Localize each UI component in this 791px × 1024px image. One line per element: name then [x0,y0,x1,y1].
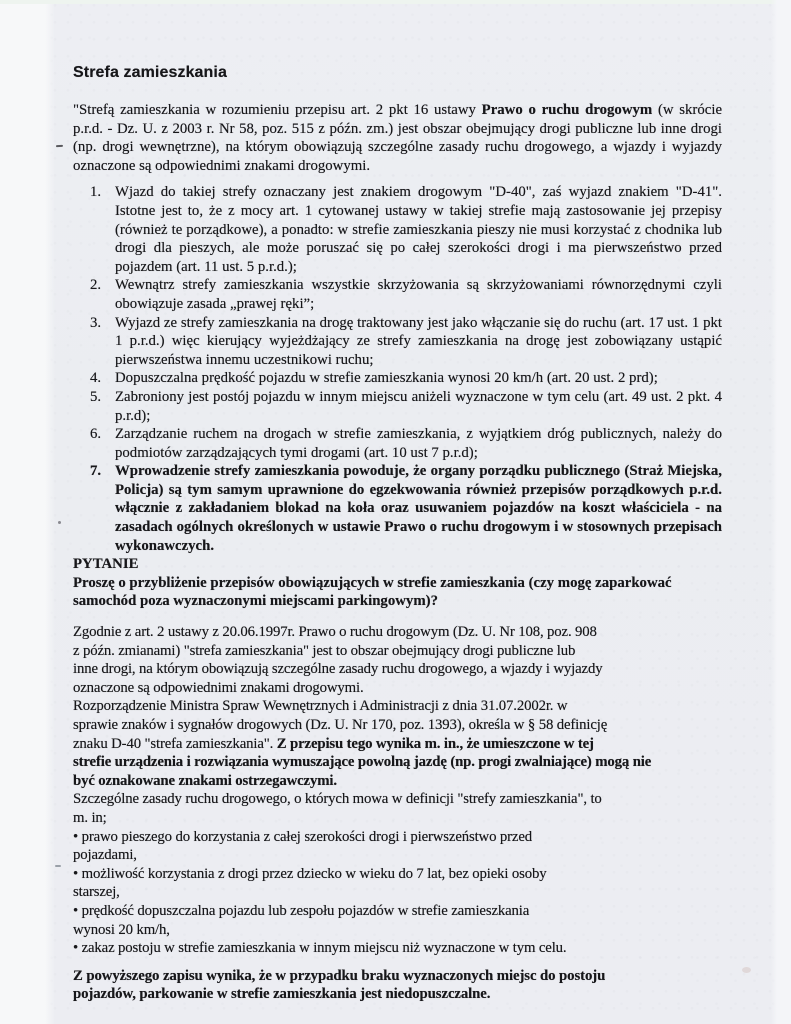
intro-text-start: "Strefą zamieszkania w rozumieniu przepi… [73,102,482,118]
text-segment: znaku D-40 "strefa zamieszkania". [73,736,277,752]
document-title: Strefa zamieszkania [73,63,722,82]
scan-artifact-speck [58,521,61,524]
rules-list: 1.Wjazd do takiej strefy oznaczany jest … [73,183,722,555]
answer-section: Zgodnie z art. 2 ustawy z 20.06.1997r. P… [73,623,722,958]
intro-bold-phrase: Prawo o ruchu drogowym [482,102,653,118]
answer-line: • zakaz postoju w strefie zamieszkania w… [73,939,722,958]
conclusion-paragraph: Z powyższego zapisu wynika, że w przypad… [73,967,722,1004]
document-content: Strefa zamieszkania "Strefą zamieszkania… [73,63,722,1004]
answer-line: Szczególne zasady ruchu drogowego, o któ… [73,790,722,809]
list-item-text: Wjazd do takiej strefy oznaczany jest zn… [115,184,722,274]
scanned-document-page: { "document": { "heading": "Strefa zamie… [0,0,791,1024]
list-item: 3.Wyjazd ze strefy zamieszkania na drogę… [73,314,722,370]
answer-line: wynosi 20 km/h, [73,921,722,940]
list-item-number: 5. [90,388,101,407]
answer-line: pojazdami, [73,846,722,865]
list-item: 6.Zarządzanie ruchem na drogach w strefi… [73,425,722,462]
answer-line: m. in; [73,809,722,828]
list-item-text: Wewnątrz strefy zamieszkania wszystkie s… [115,277,722,312]
list-item-number: 4. [90,369,101,388]
scan-page-edge-left [0,0,55,1024]
list-item: 1.Wjazd do takiej strefy oznaczany jest … [73,183,722,276]
answer-line: strefie urządzenia i rozwiązania wymusza… [73,753,722,772]
scan-artifact-smudge [742,967,751,973]
list-item-text: Zabroniony jest postój pojazdu w innym m… [115,389,722,424]
answer-line: Rozporządzenie Ministra Spraw Wewnętrzny… [73,697,722,716]
bold-text-segment: strefie urządzenia i rozwiązania wymusza… [73,754,651,770]
answer-line: • prędkość dopuszczalna pojazdu lub zesp… [73,902,722,921]
conclusion-line: pojazdów, parkowanie w strefie zamieszka… [73,985,722,1004]
bold-text-segment: być oznakowane znakami ostrzegawczymi. [73,773,337,789]
scan-page-edge-top [0,0,791,4]
scan-artifact-dash [56,145,63,147]
answer-line: z późn. zmianami) "strefa zamieszkania" … [73,642,722,661]
answer-line: oznaczone są odpowiednimi znakami drogow… [73,679,722,698]
list-item: 4.Dopuszczalna prędkość pojazdu w strefi… [73,369,722,388]
list-item-number: 2. [90,276,101,295]
intro-paragraph: "Strefą zamieszkania w rozumieniu przepi… [73,101,722,175]
answer-line: być oznakowane znakami ostrzegawczymi. [73,772,722,791]
list-item-text: Zarządzanie ruchem na drogach w strefie … [115,426,722,461]
scan-artifact-dash-2 [55,865,61,867]
answer-line: sprawie znaków i sygnałów drogowych (Dz.… [73,716,722,735]
answer-line: Zgodnie z art. 2 ustawy z 20.06.1997r. P… [73,623,722,642]
question-text: Proszę o przybliżenie przepisów obowiązu… [73,574,722,611]
answer-line: inne drogi, na którym obowiązują szczegó… [73,660,722,679]
conclusion-line: Z powyższego zapisu wynika, że w przypad… [73,967,722,986]
answer-line: znaku D-40 "strefa zamieszkania". Z prze… [73,735,722,754]
answer-line: • możliwość korzystania z drogi przez dz… [73,865,722,884]
scan-page-edge-right [771,0,791,1024]
list-item-number: 6. [90,425,101,444]
answer-line: starszej, [73,883,722,902]
list-item-text: Wprowadzenie strefy zamieszkania powoduj… [115,463,722,553]
answer-line: • prawo pieszego do korzystania z całej … [73,828,722,847]
list-item-number: 1. [90,183,101,202]
list-item-text: Wyjazd ze strefy zamieszkania na drogę t… [115,315,722,368]
list-item: 7.Wprowadzenie strefy zamieszkania powod… [73,462,722,555]
bold-text-segment: Z przepisu tego wynika m. in., że umiesz… [277,736,594,752]
list-item-text: Dopuszczalna prędkość pojazdu w strefie … [115,370,658,386]
list-item: 5.Zabroniony jest postój pojazdu w innym… [73,388,722,425]
question-label: PYTANIE [73,555,722,574]
list-item-number: 7. [90,462,101,481]
list-item: 2.Wewnątrz strefy zamieszkania wszystkie… [73,276,722,313]
list-item-number: 3. [90,314,101,333]
